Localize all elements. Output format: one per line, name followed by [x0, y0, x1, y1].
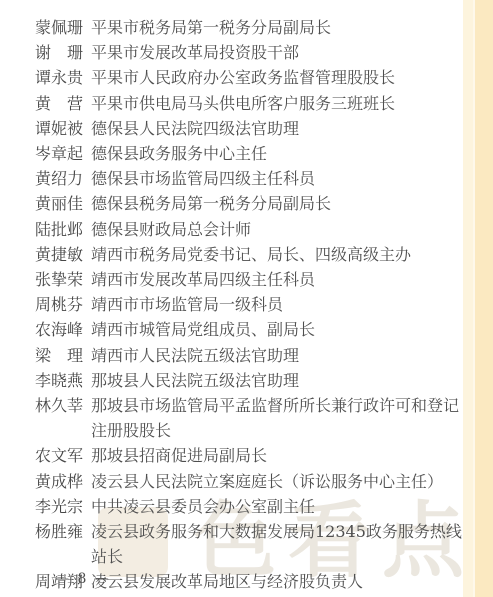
list-item: 陆批邺 德保县财政局总会计师 [35, 217, 465, 242]
person-name: 杨胜雍 [35, 519, 88, 544]
list-item: 农海峰 靖西市城管局党组成员、副局长 [35, 317, 465, 342]
person-name: 李晓燕 [35, 368, 88, 393]
person-name: 蒙佩珊 [35, 15, 88, 40]
person-title: 德保县政务服务中心主任 [91, 141, 465, 166]
page-edge-strip [473, 0, 493, 597]
person-title: 平果市人民政府办公室政务监督管理股股长 [91, 65, 465, 90]
person-name: 黄绍力 [35, 166, 88, 191]
person-title: 凌云县人民法院立案庭庭长（诉讼服务中心主任） [91, 469, 465, 494]
list-item: 谢 珊 平果市发展改革局投资股干部 [35, 40, 465, 65]
person-title: 凌云县发展改革局地区与经济股负责人 [91, 569, 465, 594]
list-item: 张挚荣 靖西市发展改革局四级主任科员 [35, 267, 465, 292]
person-title: 平果市税务局第一税务分局副局长 [91, 15, 465, 40]
list-item: 蒙佩珊 平果市税务局第一税务分局副局长 [35, 15, 465, 40]
person-title: 德保县人民法院四级法官助理 [91, 116, 465, 141]
person-name: 谭永贵 [35, 65, 88, 90]
person-name: 张挚荣 [35, 267, 88, 292]
person-name: 周桃芬 [35, 292, 88, 317]
list-item: 周桃芬 靖西市市场监管局一级科员 [35, 292, 465, 317]
list-item: 黄绍力 德保县市场监管局四级主任科员 [35, 166, 465, 191]
list-item: 杨胜雍 凌云县政务服务和大数据发展局12345政务服务热线站长 [35, 519, 465, 569]
person-title: 平果市发展改革局投资股干部 [91, 40, 465, 65]
person-title: 那坡县市场监管局平孟监督所所长兼行政许可和登记注册股股长 [91, 393, 465, 443]
person-name: 黄捷敏 [35, 242, 88, 267]
list-item: 李光宗 中共凌云县委员会办公室副主任 [35, 494, 465, 519]
person-title: 靖西市发展改革局四级主任科员 [91, 267, 465, 292]
list-item: 谭妮被 德保县人民法院四级法官助理 [35, 116, 465, 141]
person-name: 谭妮被 [35, 116, 88, 141]
list-item: 谭永贵 平果市人民政府办公室政务监督管理股股长 [35, 65, 465, 90]
list-item: 黄丽佳 德保县税务局第一税务分局副局长 [35, 191, 465, 216]
person-title: 德保县税务局第一税务分局副局长 [91, 191, 465, 216]
person-name: 岑章起 [35, 141, 88, 166]
list-item: 梁 理 靖西市人民法院五级法官助理 [35, 343, 465, 368]
person-title: 靖西市税务局党委书记、局长、四级高级主办 [91, 242, 465, 267]
person-title: 德保县财政局总会计师 [91, 217, 465, 242]
person-name: 陆批邺 [35, 217, 88, 242]
list-item: 林久莘 那坡县市场监管局平孟监督所所长兼行政许可和登记注册股股长 [35, 393, 465, 443]
person-title: 靖西市城管局党组成员、副局长 [91, 317, 465, 342]
person-name: 农文军 [35, 443, 88, 468]
person-name: 谢 珊 [35, 40, 88, 65]
personnel-list: 蒙佩珊 平果市税务局第一税务分局副局长 谢 珊 平果市发展改革局投资股干部 谭永… [35, 15, 465, 595]
person-name: 林久莘 [35, 393, 88, 418]
person-title: 平果市供电局马头供电所客户服务三班班长 [91, 91, 465, 116]
person-name: 黄 营 [35, 91, 88, 116]
list-item: 农文军 那坡县招商促进局副局长 [35, 443, 465, 468]
document-page: 色看点 蒙佩珊 平果市税务局第一税务分局副局长 谢 珊 平果市发展改革局投资股干… [0, 0, 493, 597]
person-title: 靖西市人民法院五级法官助理 [91, 343, 465, 368]
person-name: 黄丽佳 [35, 191, 88, 216]
list-item: 黄捷敏 靖西市税务局党委书记、局长、四级高级主办 [35, 242, 465, 267]
person-title: 靖西市市场监管局一级科员 [91, 292, 465, 317]
list-item: 李晓燕 那坡县人民法院五级法官助理 [35, 368, 465, 393]
list-item: 岑章起 德保县政务服务中心主任 [35, 141, 465, 166]
page-number: — 8 — [55, 571, 111, 587]
person-title: 凌云县政务服务和大数据发展局12345政务服务热线站长 [91, 519, 465, 569]
list-item: 黄成桦 凌云县人民法院立案庭庭长（诉讼服务中心主任） [35, 469, 465, 494]
person-name: 李光宗 [35, 494, 88, 519]
person-title: 中共凌云县委员会办公室副主任 [91, 494, 465, 519]
person-name: 梁 理 [35, 343, 88, 368]
person-title: 那坡县招商促进局副局长 [91, 443, 465, 468]
person-title: 那坡县人民法院五级法官助理 [91, 368, 465, 393]
person-title: 德保县市场监管局四级主任科员 [91, 166, 465, 191]
list-item: 黄 营 平果市供电局马头供电所客户服务三班班长 [35, 91, 465, 116]
person-name: 农海峰 [35, 317, 88, 342]
person-name: 黄成桦 [35, 469, 88, 494]
